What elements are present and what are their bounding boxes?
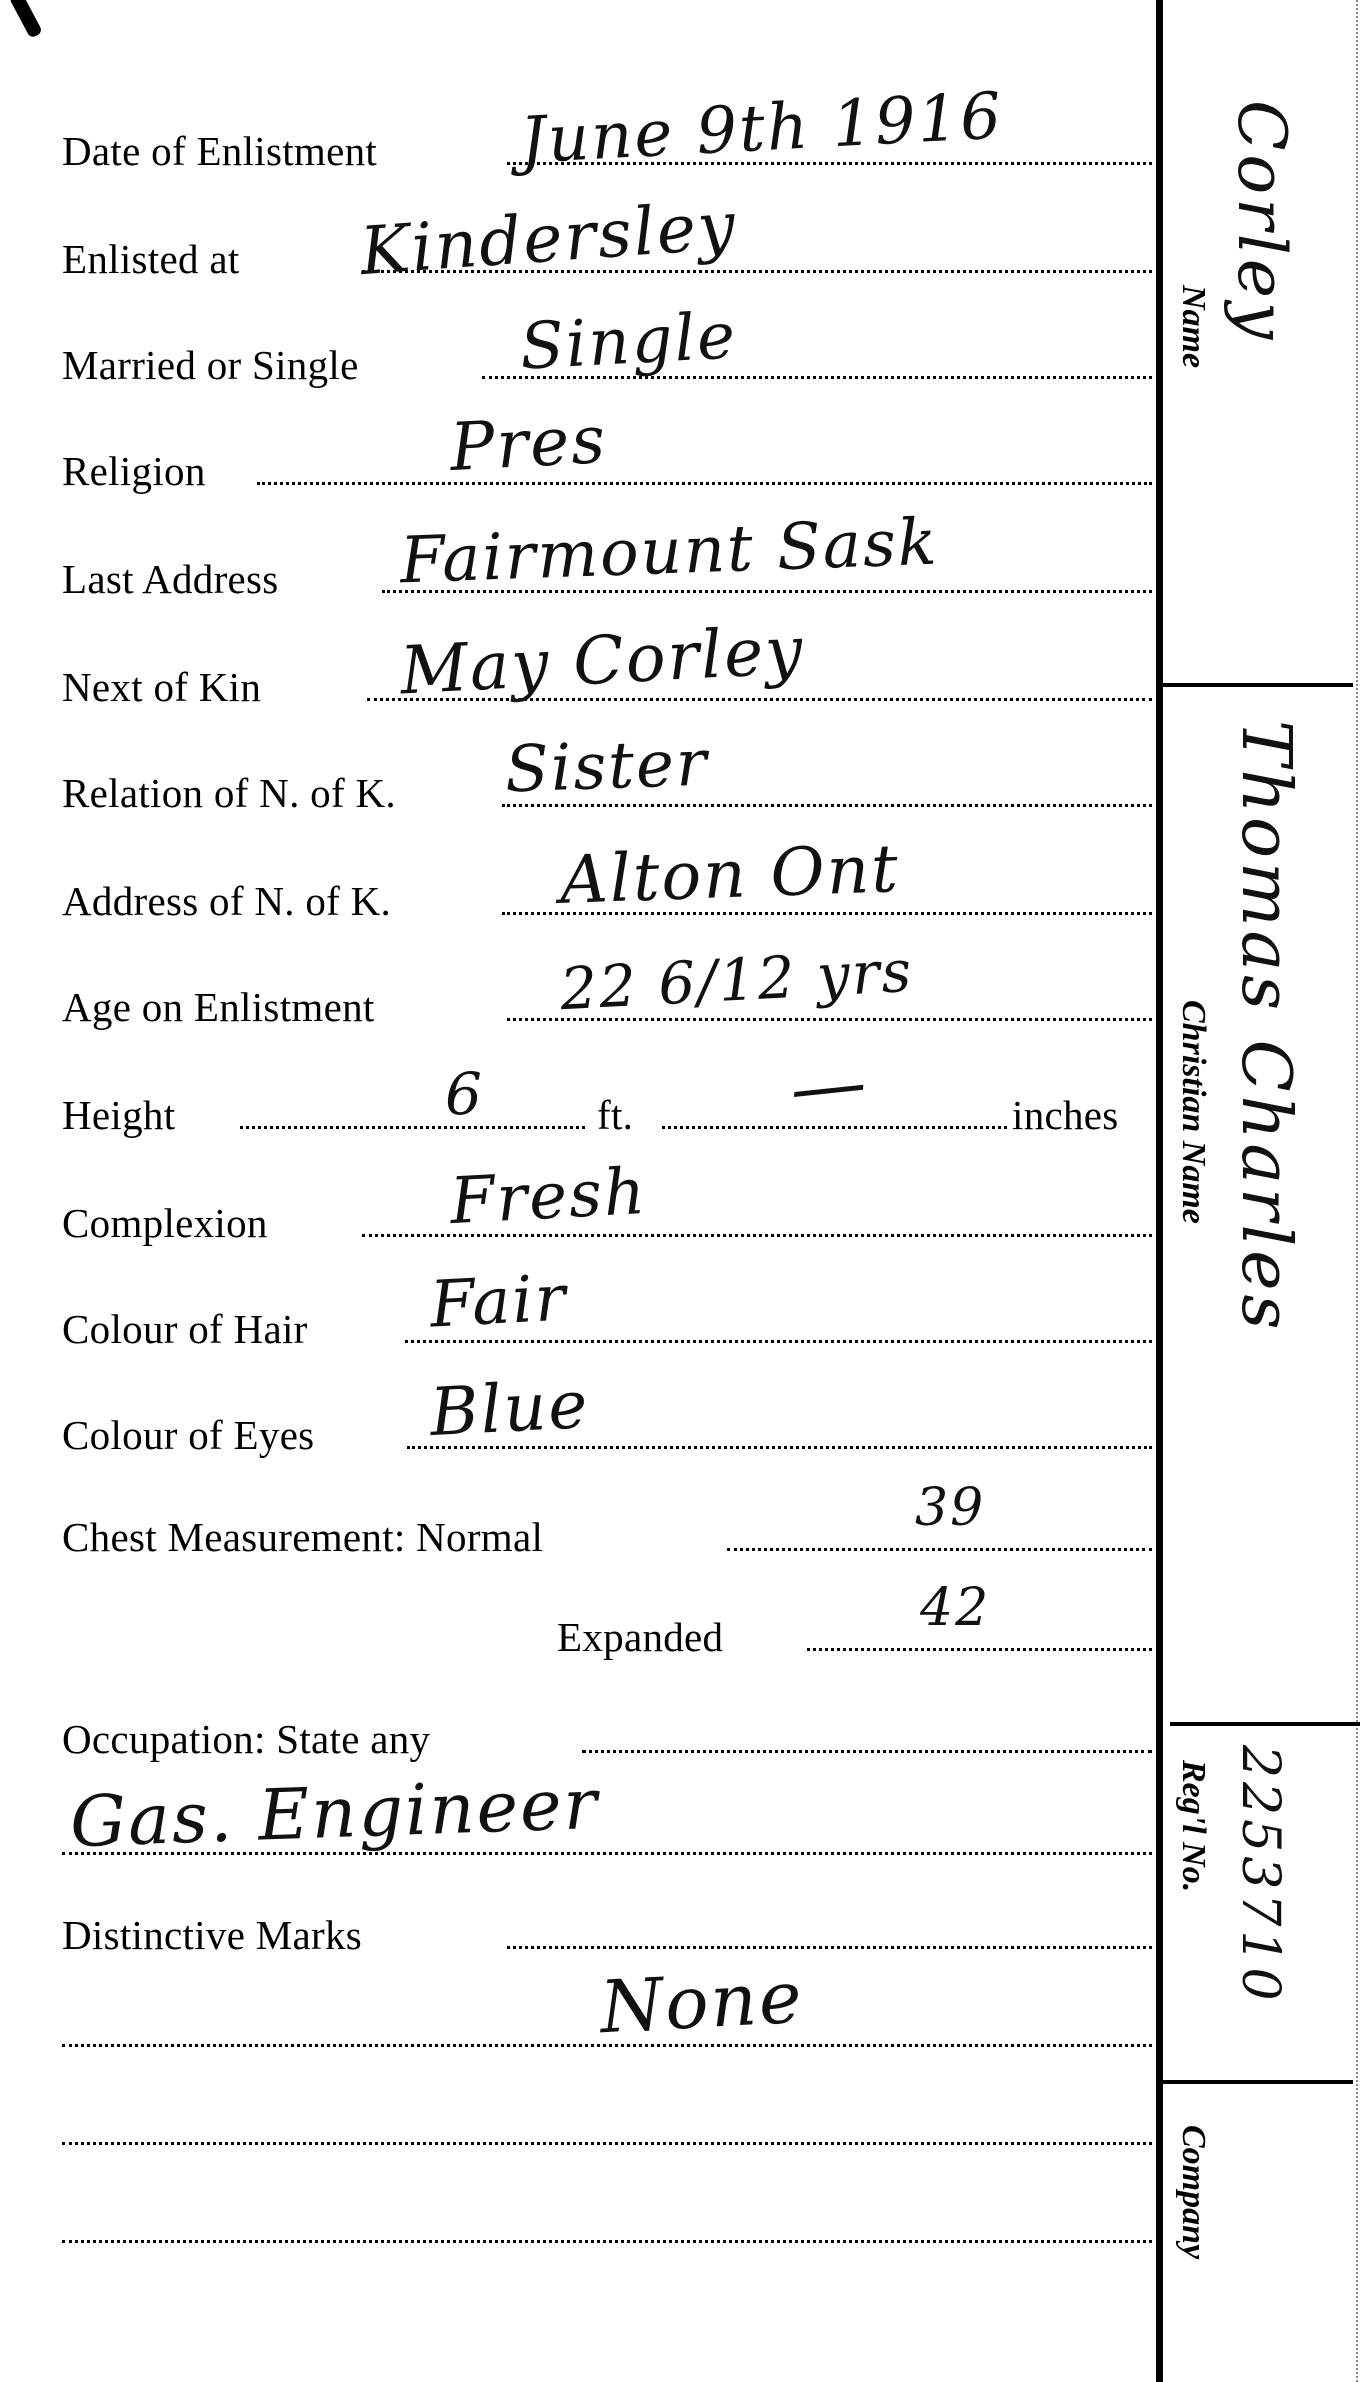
dotted-line — [405, 1340, 1152, 1343]
column-divider — [1156, 0, 1163, 2382]
dotted-line — [502, 804, 1152, 807]
field-value-complexion: Fresh — [448, 1155, 649, 1239]
field-label: Last Address — [62, 559, 279, 600]
dotted-line — [62, 2142, 1152, 2145]
field-value-religion: Pres — [448, 401, 609, 486]
field-label: Relation of N. of K. — [62, 773, 396, 814]
field-label: Next of Kin — [62, 667, 261, 708]
field-label: Expanded — [557, 1617, 723, 1658]
field-value-chest-expanded: 42 — [920, 1578, 990, 1638]
field-value-relation-of-nok: Sister — [504, 726, 710, 807]
regl-no-value: 2253710 — [1230, 1745, 1290, 2005]
field-label: Address of N. of K. — [62, 881, 391, 922]
field-value-distinctive-marks: None — [598, 1955, 805, 2050]
christian-name-section-divider — [1170, 1722, 1360, 1726]
card-edge — [1356, 0, 1358, 2382]
field-label: Colour of Hair — [62, 1309, 308, 1350]
field-distinctive-marks: Distinctive Marks — [62, 1896, 1152, 1956]
dotted-line — [507, 1946, 1152, 1949]
field-value-colour-of-eyes: Blue — [428, 1366, 591, 1451]
field-label: Age on Enlistment — [62, 987, 375, 1028]
field-height: Height ft. inches — [62, 1076, 1152, 1136]
dotted-line — [62, 2240, 1152, 2243]
regl-no-label: Reg'l No. — [1174, 1760, 1212, 1892]
field-label: Height — [62, 1095, 175, 1136]
field-value-address-of-nok: Alton Ont — [559, 830, 901, 919]
marks-line-4 — [62, 2190, 1152, 2250]
ink-mark — [10, 0, 43, 39]
field-label: Date of Enlistment — [62, 131, 377, 172]
dotted-line — [240, 1126, 585, 1129]
field-label: Colour of Eyes — [62, 1415, 314, 1456]
field-colour-of-eyes: Colour of Eyes — [62, 1396, 1152, 1456]
field-colour-of-hair: Colour of Hair — [62, 1290, 1152, 1350]
christian-name-label: Christian Name — [1174, 1000, 1212, 1224]
field-chest-normal: Chest Measurement: Normal — [62, 1498, 1152, 1558]
marks-line-3 — [62, 2092, 1152, 2152]
dotted-line — [807, 1648, 1152, 1651]
christian-name-value: Thomas Charles — [1226, 720, 1305, 1333]
name-label: Name — [1174, 285, 1212, 368]
attestation-card: Date of Enlistment June 9th 1916 Enliste… — [0, 0, 1364, 2382]
field-label: Distinctive Marks — [62, 1915, 362, 1956]
field-value-colour-of-hair: Fair — [428, 1261, 569, 1342]
field-value-height-ft: 6 — [445, 1060, 484, 1128]
field-label: Married or Single — [62, 345, 359, 386]
field-occupation: Occupation: State any — [62, 1700, 1152, 1760]
field-value-chest-normal: 39 — [915, 1478, 985, 1538]
field-label: Chest Measurement: Normal — [62, 1517, 543, 1558]
field-label: Religion — [62, 451, 206, 492]
height-in-unit: inches — [1012, 1095, 1119, 1136]
field-value-height-in: — — [786, 1036, 873, 1133]
dotted-line — [727, 1548, 1152, 1551]
dotted-line — [257, 482, 1152, 485]
field-value-married-or-single: Single — [518, 299, 738, 384]
dotted-line — [582, 1750, 1152, 1753]
name-section-divider — [1163, 683, 1353, 687]
field-label: Enlisted at — [62, 239, 240, 280]
name-value: Corley — [1223, 100, 1300, 343]
regl-no-section-divider — [1163, 2080, 1353, 2084]
company-label: Company — [1174, 2125, 1212, 2259]
height-ft-unit: ft. — [597, 1095, 633, 1136]
field-label: Complexion — [62, 1203, 268, 1244]
field-label: Occupation: State any — [62, 1719, 430, 1760]
